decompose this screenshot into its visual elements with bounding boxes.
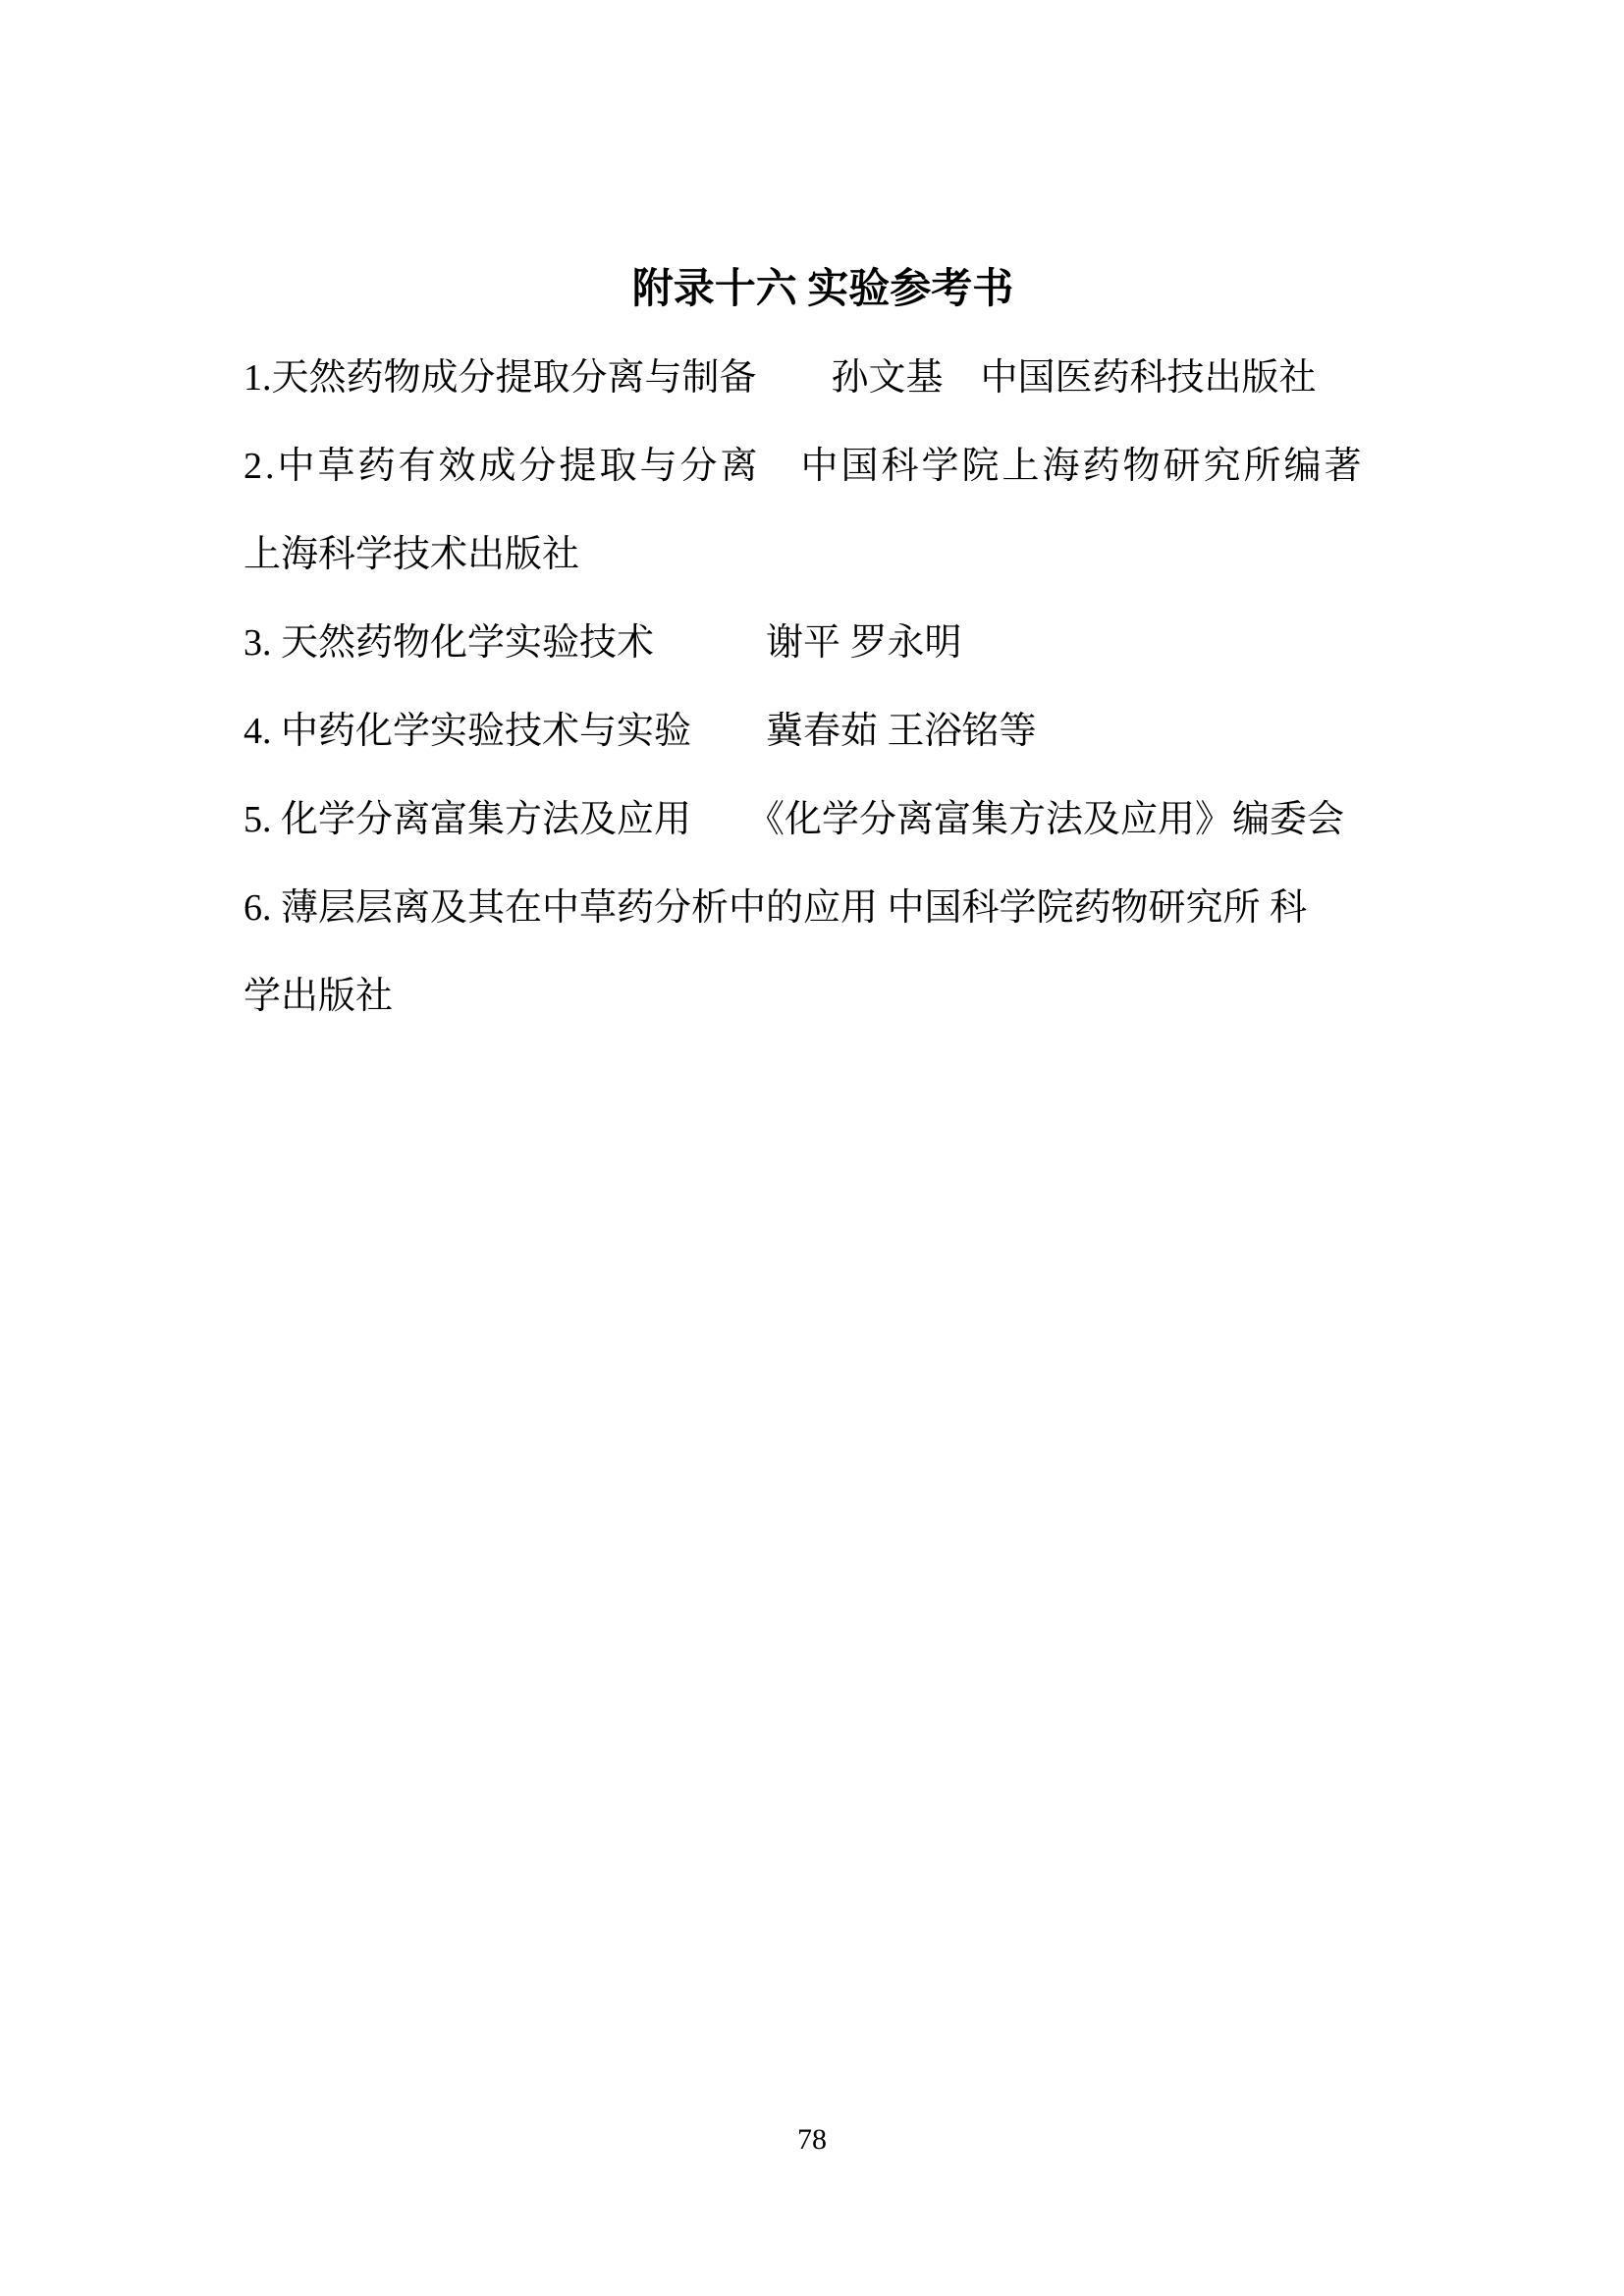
reference-item: 2.中草药有效成分提取与分离 中国科学院上海药物研究所编著 上海科学技术出版社 [244,422,1402,599]
document-content: 附录十六 实验参考书 1.天然药物成分提取分离与制备 孙文基 中国医药科技出版社… [244,245,1402,1041]
page-title: 附录十六 实验参考书 [244,245,1402,334]
reference-item: 4. 中药化学实验技术与实验 冀春茹 王浴铭等 [244,687,1402,775]
page-number: 78 [0,2120,1624,2160]
reference-line: 上海科学技术出版社 [244,510,1402,599]
reference-line: 5. 化学分离富集方法及应用 《化学分离富集方法及应用》编委会 [244,775,1402,864]
document-page: 附录十六 实验参考书 1.天然药物成分提取分离与制备 孙文基 中国医药科技出版社… [0,0,1624,2296]
reference-item: 5. 化学分离富集方法及应用 《化学分离富集方法及应用》编委会 [244,775,1402,864]
reference-list: 1.天然药物成分提取分离与制备 孙文基 中国医药科技出版社 2.中草药有效成分提… [244,334,1402,1041]
reference-line: 2.中草药有效成分提取与分离 中国科学院上海药物研究所编著 [244,422,1402,510]
reference-line: 学出版社 [244,952,1402,1041]
reference-item: 6. 薄层层离及其在中草药分析中的应用 中国科学院药物研究所 科 学出版社 [244,864,1402,1041]
reference-line: 6. 薄层层离及其在中草药分析中的应用 中国科学院药物研究所 科 [244,864,1402,952]
reference-line: 4. 中药化学实验技术与实验 冀春茹 王浴铭等 [244,687,1402,775]
reference-line: 3. 天然药物化学实验技术 谢平 罗永明 [244,599,1402,687]
reference-item: 3. 天然药物化学实验技术 谢平 罗永明 [244,599,1402,687]
reference-line: 1.天然药物成分提取分离与制备 孙文基 中国医药科技出版社 [244,334,1402,422]
reference-item: 1.天然药物成分提取分离与制备 孙文基 中国医药科技出版社 [244,334,1402,422]
